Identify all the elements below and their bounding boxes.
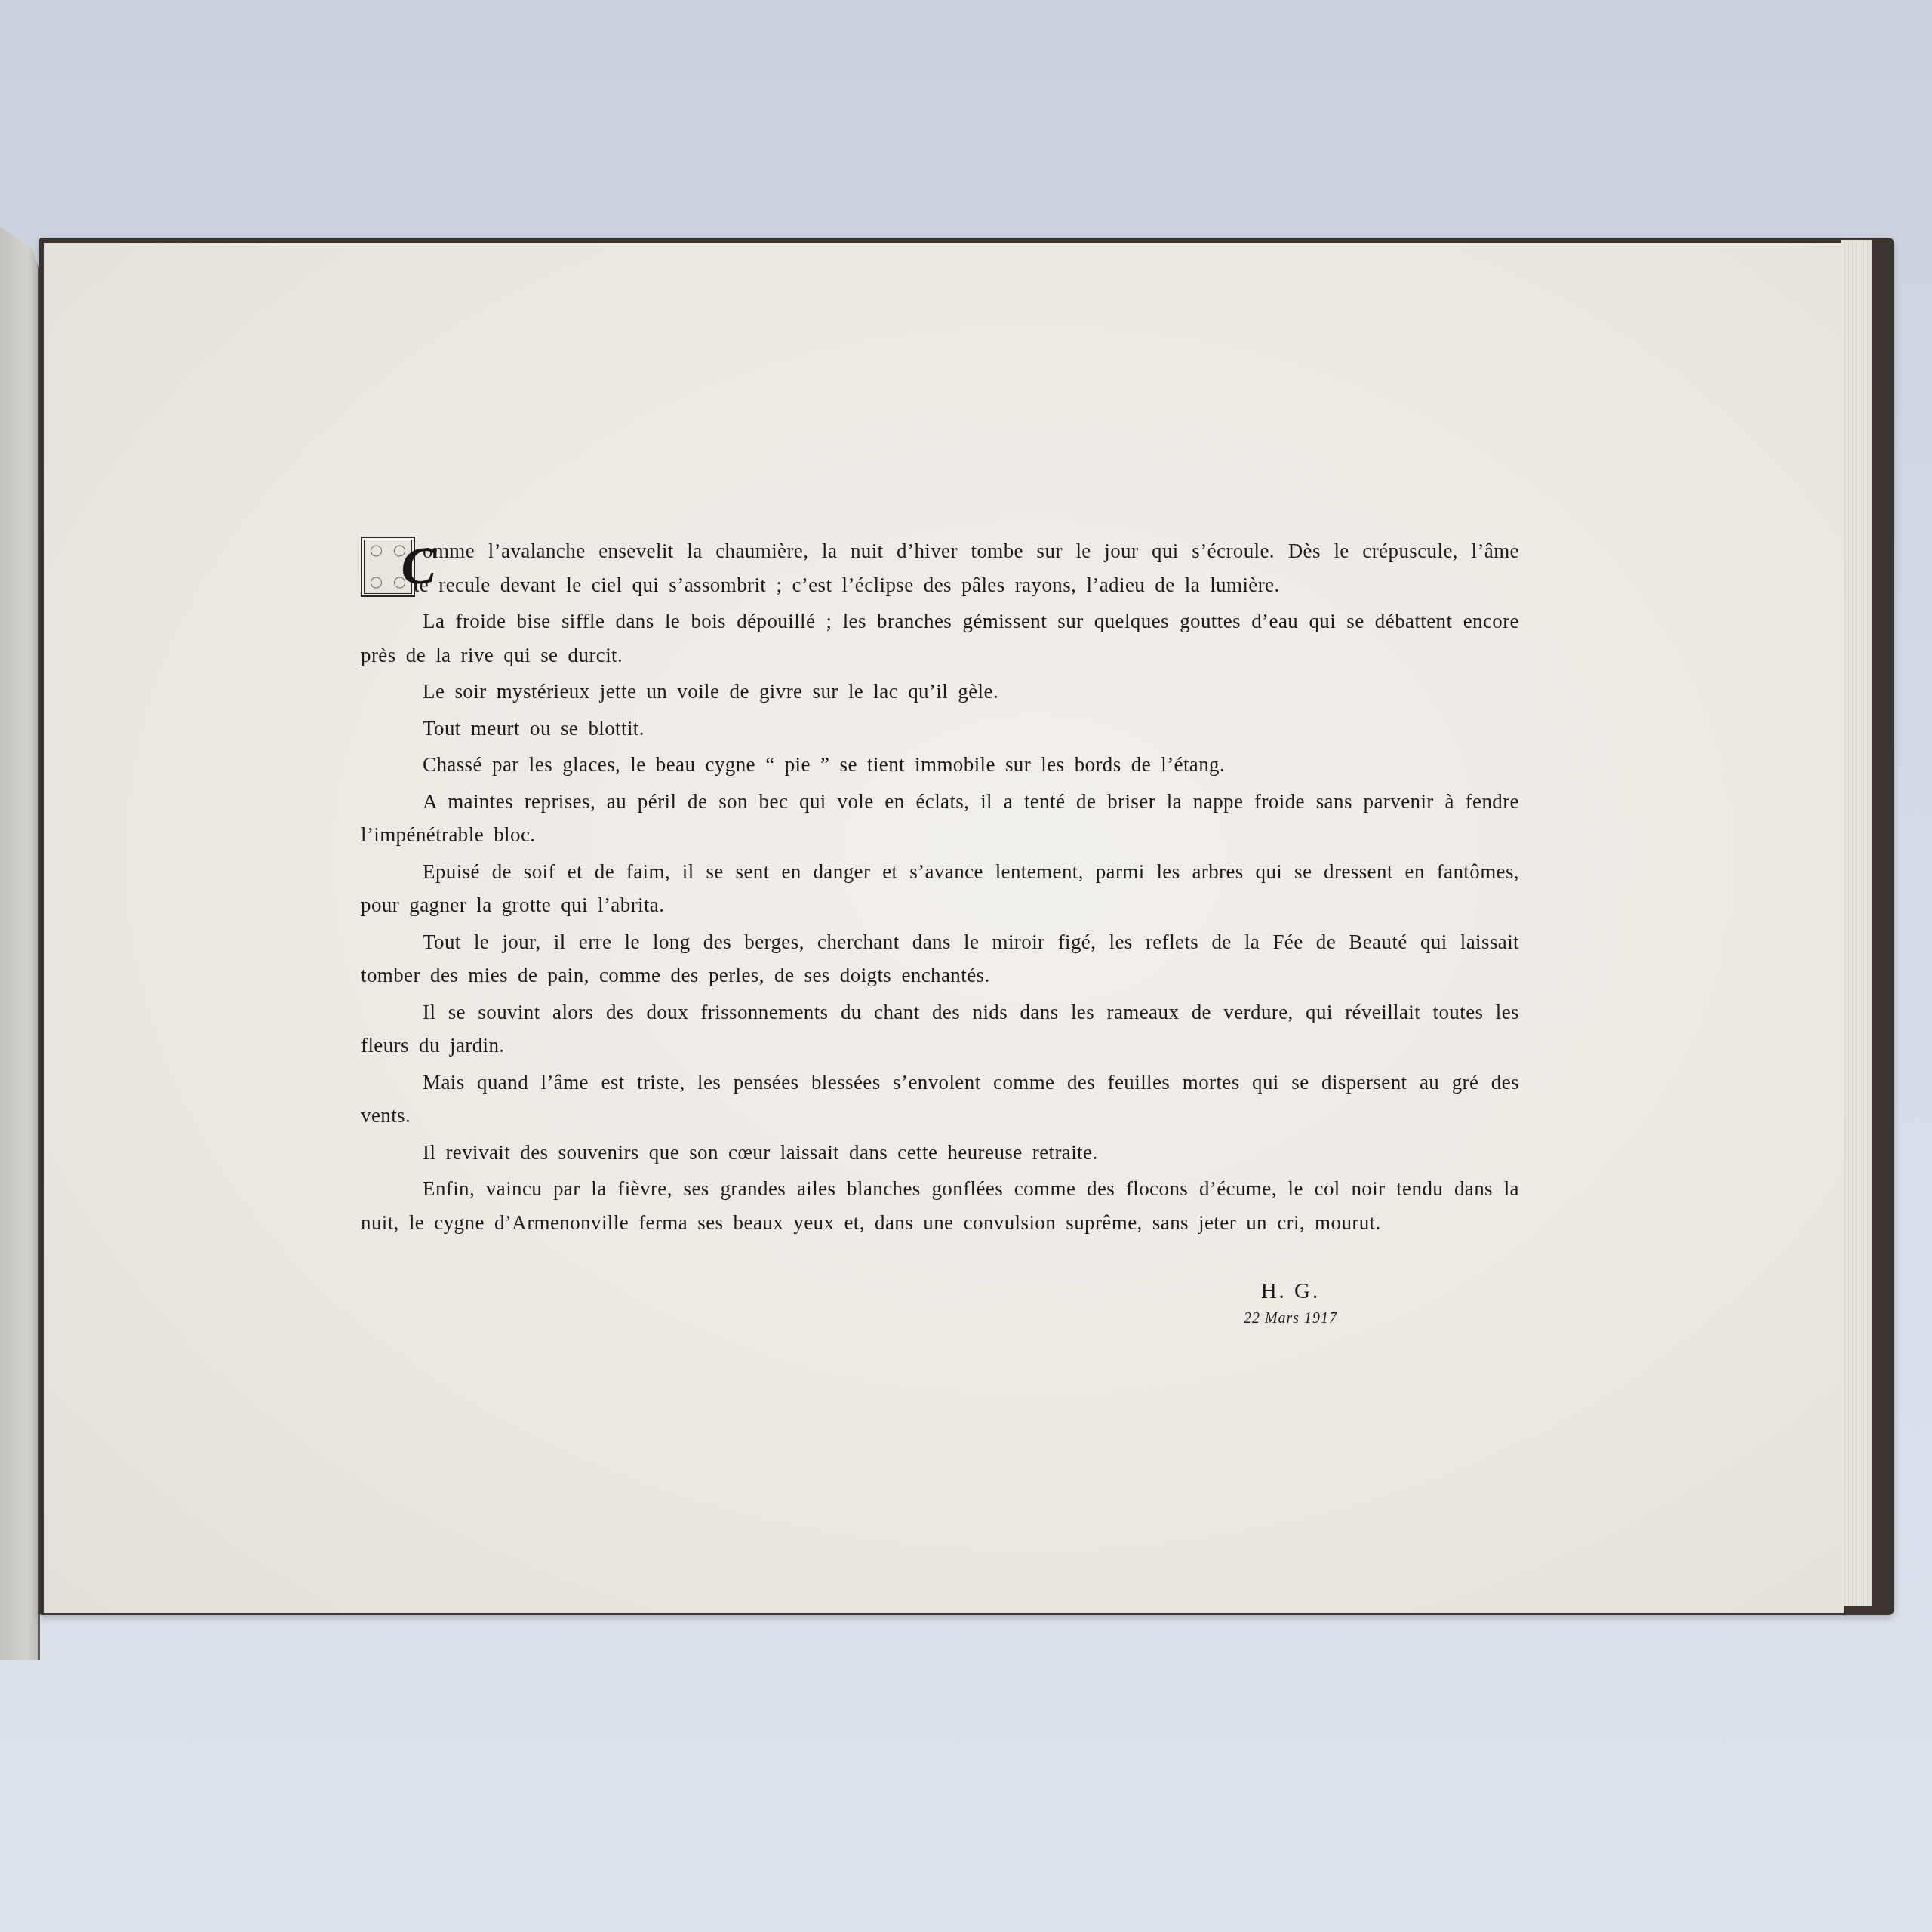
left-page-edge [0, 226, 40, 1660]
ornamental-drop-cap: C [361, 537, 415, 597]
signature-block: H. G. 22 Mars 1917 [1177, 1279, 1404, 1327]
paragraph: Chassé par les glaces, le beau cygne “ p… [361, 748, 1519, 782]
paragraph: Mais quand l’âme est triste, les pensées… [361, 1066, 1519, 1133]
paragraph: Il revivait des souvenirs que son cœur l… [361, 1136, 1519, 1170]
paragraph: Tout le jour, il erre le long des berges… [361, 925, 1519, 992]
paragraph: Enfin, vaincu par la fièvre, ses grandes… [361, 1172, 1519, 1239]
paragraph: A maintes reprises, au péril de son bec … [361, 785, 1519, 852]
paragraph: Le soir mystérieux jette un voile de giv… [361, 675, 1519, 709]
text-block: C omme l’avalanche ensevelit la chaumièr… [361, 534, 1519, 1242]
paragraph: Il se souvint alors des doux frissonneme… [361, 995, 1519, 1063]
paragraph: Epuisé de soif et de faim, il se sent en… [361, 855, 1519, 922]
paragraph: La froide bise siffle dans le bois dépou… [361, 605, 1519, 672]
paragraph-text: omme l’avalanche ensevelit la chaumière,… [361, 540, 1519, 596]
author-initials: H. G. [1177, 1279, 1404, 1304]
page-stack-edge [1841, 240, 1872, 1606]
drop-cap-letter: C [364, 540, 412, 594]
paragraph: C omme l’avalanche ensevelit la chaumièr… [361, 534, 1519, 601]
paragraph: Tout meurt ou se blottit. [361, 712, 1519, 746]
signature-date: 22 Mars 1917 [1177, 1310, 1404, 1327]
